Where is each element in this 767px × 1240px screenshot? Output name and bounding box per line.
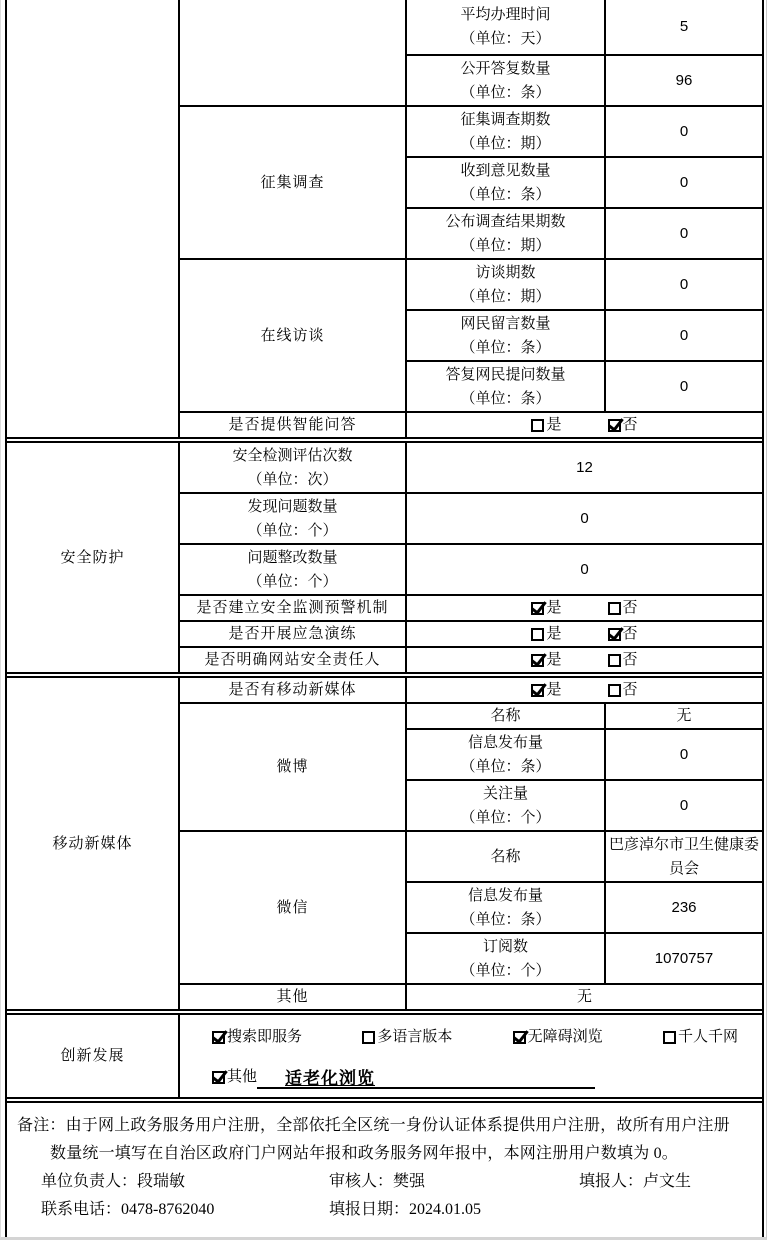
metric-label: 关注量 <box>409 782 602 806</box>
section-mobile-media: 移动新媒体 是否有移动新媒体 是 否 微博 名称 无 信息发布量 （单位： <box>7 676 762 1011</box>
checkbox-icon <box>212 1071 225 1084</box>
other-value: 无 <box>406 984 762 1010</box>
left-group-spacer-cell <box>7 0 179 438</box>
option-label: 搜索即服务 <box>227 1025 302 1049</box>
metric-unit: （单位：个） <box>182 570 403 594</box>
reviewer: 审核人：樊强 <box>329 1168 579 1196</box>
no-option-label: 否 <box>623 678 638 702</box>
checkbox-icon <box>531 602 544 615</box>
group-label-wechat: 微信 <box>179 831 406 984</box>
metric-value: 0 <box>605 208 762 259</box>
metric-value: 0 <box>605 157 762 208</box>
group-label-interview: 在线访谈 <box>179 259 406 412</box>
yes-option-label: 是 <box>546 678 561 702</box>
yes-option-label: 是 <box>546 622 561 646</box>
metric-unit: （单位：条） <box>409 387 602 411</box>
yes-option-label: 是 <box>546 648 561 672</box>
metric-unit: （单位：条） <box>409 755 602 779</box>
option-label: 多语言版本 <box>377 1025 452 1049</box>
checkbox-icon <box>531 419 544 432</box>
checkbox-icon <box>531 628 544 641</box>
option-personalized: 千人千网 <box>663 1025 738 1049</box>
metric-label-cell: 安全检测评估次数 （单位：次） <box>179 442 406 493</box>
metric-unit: （单位：个） <box>409 959 602 983</box>
metric-unit: （单位：次） <box>182 468 403 492</box>
checkbox-icon <box>608 684 621 697</box>
metric-label: 访谈期数 <box>409 261 602 285</box>
checkbox-icon <box>608 628 621 641</box>
metric-value: 0 <box>605 259 762 310</box>
other-label: 其他 <box>179 984 406 1010</box>
yes-option-label: 是 <box>546 413 561 437</box>
question-label: 是否明确网站安全责任人 <box>179 647 406 673</box>
metric-unit: （单位：条） <box>409 183 602 207</box>
metric-value: 12 <box>406 442 762 493</box>
group-label-weibo: 微博 <box>179 703 406 831</box>
metric-label: 安全检测评估次数 <box>182 444 403 468</box>
yes-option-label: 是 <box>546 596 561 620</box>
innovation-options-cell: 搜索即服务 多语言版本 无障碍浏览 千人千网 <box>179 1014 762 1098</box>
metric-unit: （单位：期） <box>409 132 602 156</box>
yes-option: 是 <box>531 648 561 672</box>
remarks-line-2: 数量统一填写在自治区政府门户网站年报和政务服务网年报中，本网注册用户数填为 0。 <box>17 1140 756 1168</box>
question-label: 是否建立安全监测预警机制 <box>179 595 406 621</box>
name-value: 无 <box>605 703 762 729</box>
remarks-section: 备注：由于网上政务服务用户注册，全部依托全区统一身份认证体系提供用户注册，故所有… <box>7 1101 762 1224</box>
metric-unit: （单位：期） <box>409 234 602 258</box>
option-multilingual: 多语言版本 <box>362 1025 452 1049</box>
metric-label-cell: 公开答复数量 （单位：条） <box>406 55 605 106</box>
other-fill-line: 适老化浏览 <box>257 1067 595 1089</box>
option-other: 其他 <box>212 1065 257 1089</box>
report-date: 填报日期：2024.01.05 <box>329 1201 481 1218</box>
metric-label-cell: 问题整改数量 （单位：个） <box>179 544 406 595</box>
yes-option: 是 <box>531 413 561 437</box>
section-interaction: 平均办理时间 （单位：天） 5 公开答复数量 （单位：条） 96 征集调查 征集… <box>7 0 762 439</box>
checkbox-icon <box>362 1031 375 1044</box>
metric-unit: （单位：天） <box>409 27 602 51</box>
metric-label-cell: 征集调查期数 （单位：期） <box>406 106 605 157</box>
metric-value: 96 <box>605 55 762 106</box>
metric-value: 1070757 <box>605 933 762 984</box>
question-label: 是否有移动新媒体 <box>179 677 406 703</box>
metric-label: 信息发布量 <box>409 884 602 908</box>
metric-label: 平均办理时间 <box>409 3 602 27</box>
no-option-label: 否 <box>623 596 638 620</box>
metric-value: 0 <box>605 361 762 412</box>
remarks-line-1: 备注：由于网上政务服务用户注册，全部依托全区统一身份认证体系提供用户注册，故所有… <box>17 1112 756 1140</box>
no-option: 否 <box>608 648 638 672</box>
option-label: 无障碍浏览 <box>528 1025 603 1049</box>
metric-label: 网民留言数量 <box>409 312 602 336</box>
metric-value: 0 <box>605 729 762 780</box>
metric-label-cell: 网民留言数量 （单位：条） <box>406 310 605 361</box>
option-accessibility: 无障碍浏览 <box>513 1025 603 1049</box>
metric-label: 公开答复数量 <box>409 57 602 81</box>
metric-label: 收到意见数量 <box>409 159 602 183</box>
metric-label-cell: 发现问题数量 （单位：个） <box>179 493 406 544</box>
report-table: 平均办理时间 （单位：天） 5 公开答复数量 （单位：条） 96 征集调查 征集… <box>5 0 764 1240</box>
innovation-option-row: 搜索即服务 多语言版本 无障碍浏览 千人千网 <box>182 1021 760 1049</box>
metric-label: 信息发布量 <box>409 731 602 755</box>
metric-unit: （单位：个） <box>182 519 403 543</box>
name-label: 名称 <box>409 704 602 728</box>
metric-unit: （单位：条） <box>409 336 602 360</box>
no-option-label: 否 <box>623 413 638 437</box>
group-label-survey: 征集调查 <box>179 106 406 259</box>
metric-label-cell: 订阅数 （单位：个） <box>406 933 605 984</box>
section-innovation: 创新发展 搜索即服务 多语言版本 无障碍浏览 <box>7 1013 762 1099</box>
metric-unit: （单位：期） <box>409 285 602 309</box>
name-label: 名称 <box>409 845 602 869</box>
checkbox-icon <box>531 684 544 697</box>
contact-phone: 联系电话：0478-8762040 <box>41 1196 329 1224</box>
yes-no-cell: 是 否 <box>406 621 762 647</box>
remarks-text: 由于网上政务服务用户注册，全部依托全区统一身份认证体系提供用户注册，故所有用户注… <box>66 1117 730 1134</box>
yes-no-cell: 是 否 <box>406 412 762 438</box>
checkbox-icon <box>608 419 621 432</box>
responsible-person: 单位负责人：段瑞敏 <box>41 1168 329 1196</box>
innovation-other-row: 其他 适老化浏览 <box>182 1049 760 1089</box>
group-label-innovation: 创新发展 <box>7 1014 179 1098</box>
metric-label: 问题整改数量 <box>182 546 403 570</box>
metric-value: 0 <box>406 544 762 595</box>
no-option: 否 <box>608 678 638 702</box>
metric-label-cell: 收到意见数量 （单位：条） <box>406 157 605 208</box>
subgroup-spacer-cell <box>179 0 406 106</box>
metric-label-cell: 信息发布量 （单位：条） <box>406 882 605 933</box>
no-option-label: 否 <box>623 622 638 646</box>
yes-option: 是 <box>531 622 561 646</box>
metric-unit: （单位：个） <box>409 806 602 830</box>
name-label-cell: 名称 <box>406 703 605 729</box>
other-fill-text: 适老化浏览 <box>285 1069 375 1088</box>
metric-unit: （单位：条） <box>409 81 602 105</box>
yes-option: 是 <box>531 596 561 620</box>
yes-no-cell: 是 否 <box>406 595 762 621</box>
metric-value: 0 <box>605 780 762 831</box>
signature-row: 单位负责人：段瑞敏审核人：樊强填报人：卢文生 <box>17 1168 756 1196</box>
question-label: 是否提供智能问答 <box>179 412 406 438</box>
checkbox-icon <box>608 602 621 615</box>
checkbox-icon <box>608 654 621 667</box>
group-label-security: 安全防护 <box>7 442 179 673</box>
metric-value: 0 <box>406 493 762 544</box>
no-option: 否 <box>608 622 638 646</box>
checkbox-icon <box>513 1031 526 1044</box>
annual-report-document: 平均办理时间 （单位：天） 5 公开答复数量 （单位：条） 96 征集调查 征集… <box>0 0 767 1240</box>
metric-label-cell: 关注量 （单位：个） <box>406 780 605 831</box>
contact-row: 联系电话：0478-8762040填报日期：2024.01.05 <box>17 1196 756 1224</box>
yes-no-cell: 是 否 <box>406 677 762 703</box>
metric-label-cell: 答复网民提问数量 （单位：条） <box>406 361 605 412</box>
metric-label: 公布调查结果期数 <box>409 210 602 234</box>
name-label-cell: 名称 <box>406 831 605 882</box>
metric-label: 征集调查期数 <box>409 108 602 132</box>
metric-value: 5 <box>605 0 762 55</box>
name-value: 巴彦淖尔市卫生健康委员会 <box>605 831 762 882</box>
metric-label: 订阅数 <box>409 935 602 959</box>
checkbox-icon <box>212 1031 225 1044</box>
question-label: 是否开展应急演练 <box>179 621 406 647</box>
group-label-mobile: 移动新媒体 <box>7 677 179 1010</box>
metric-label-cell: 信息发布量 （单位：条） <box>406 729 605 780</box>
metric-value: 0 <box>605 310 762 361</box>
yes-option: 是 <box>531 678 561 702</box>
no-option: 否 <box>608 596 638 620</box>
filler: 填报人：卢文生 <box>579 1173 691 1190</box>
metric-unit: （单位：条） <box>409 908 602 932</box>
option-label: 其他 <box>227 1065 257 1089</box>
option-label: 千人千网 <box>678 1025 738 1049</box>
no-option: 否 <box>608 413 638 437</box>
checkbox-icon <box>531 654 544 667</box>
no-option-label: 否 <box>623 648 638 672</box>
metric-label-cell: 公布调查结果期数 （单位：期） <box>406 208 605 259</box>
metric-label: 答复网民提问数量 <box>409 363 602 387</box>
yes-no-cell: 是 否 <box>406 647 762 673</box>
remarks-prefix: 备注： <box>17 1117 66 1134</box>
section-security: 安全防护 安全检测评估次数 （单位：次） 12 发现问题数量 （单位：个） 0 … <box>7 441 762 674</box>
option-search-service: 搜索即服务 <box>212 1025 302 1049</box>
metric-label: 发现问题数量 <box>182 495 403 519</box>
metric-value: 0 <box>605 106 762 157</box>
metric-label-cell: 平均办理时间 （单位：天） <box>406 0 605 55</box>
checkbox-icon <box>663 1031 676 1044</box>
metric-label-cell: 访谈期数 （单位：期） <box>406 259 605 310</box>
metric-value: 236 <box>605 882 762 933</box>
